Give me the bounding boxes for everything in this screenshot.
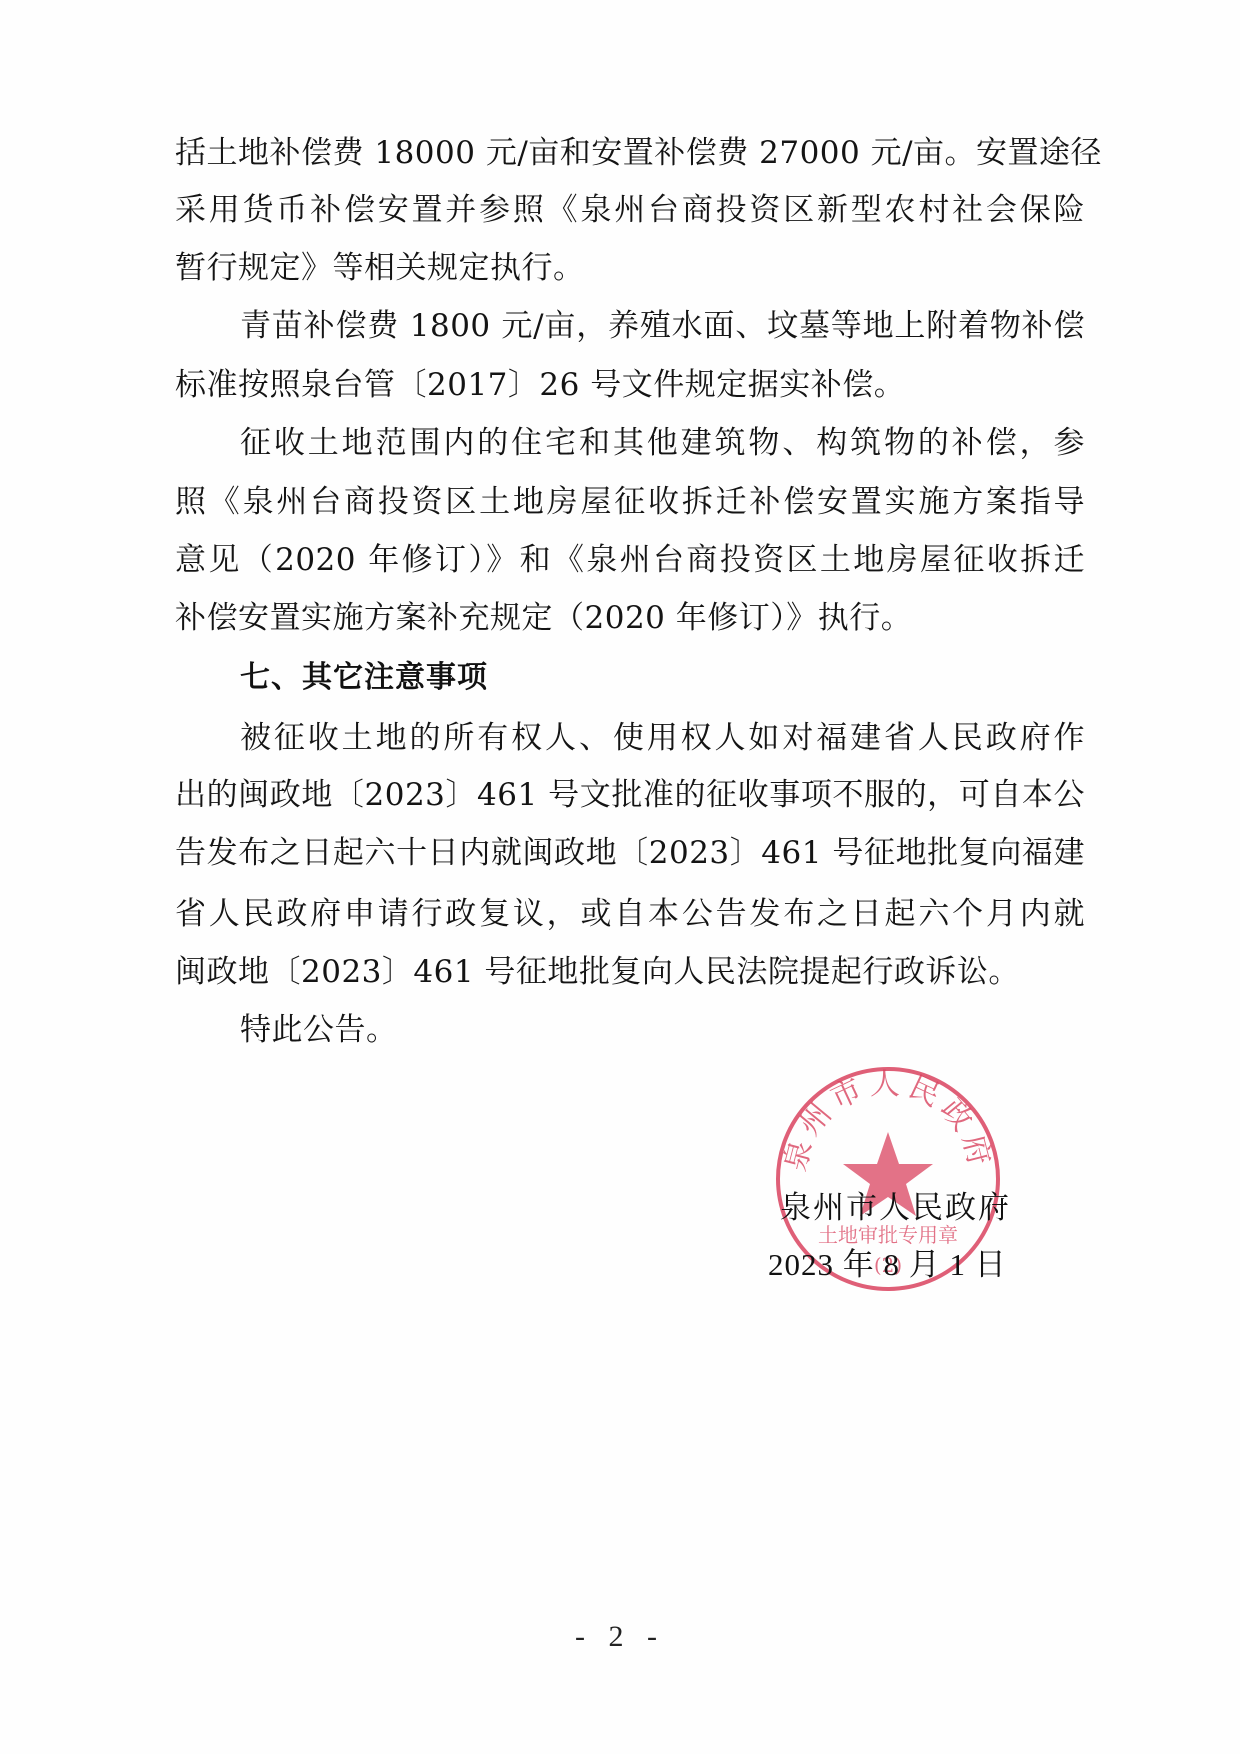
page-number: - 2 -: [0, 1620, 1240, 1654]
issue-date: 2023 年 8 月 1 日: [768, 1245, 1007, 1285]
document-page: 括土地补偿费 18000 元/亩和安置补偿费 27000 元/亩。安置途径 采用…: [0, 0, 1240, 1754]
section-paragraph-line-4: 省人民政府申请行政复议，或自本公告发布之日起六个月内就: [175, 894, 1085, 934]
paragraph-3-line-4: 补偿安置实施方案补充规定（2020 年修订）》执行。: [175, 598, 1085, 638]
section-heading: 七、其它注意事项: [240, 658, 488, 698]
paragraph-3-line-2: 照《泉州台商投资区土地房屋征收拆迁补偿安置实施方案指导: [175, 482, 1085, 522]
section-paragraph-line-2: 出的闽政地〔2023〕461 号文批准的征收事项不服的，可自本公: [175, 775, 1085, 815]
closing-text: 特此公告。: [240, 1010, 1085, 1050]
issuer-name: 泉州市人民政府: [780, 1188, 1011, 1228]
section-paragraph-line-1: 被征收土地的所有权人、使用权人如对福建省人民政府作: [240, 718, 1085, 758]
paragraph-3-line-1: 征收土地范围内的住宅和其他建筑物、构筑物的补偿，参: [240, 423, 1085, 463]
paragraph-2-line-1: 青苗补偿费 1800 元/亩，养殖水面、坟墓等地上附着物补偿: [240, 306, 1085, 346]
paragraph-3-line-3: 意见（2020 年修订）》和《泉州台商投资区土地房屋征收拆迁: [175, 540, 1085, 580]
paragraph-1-line-3: 暂行规定》等相关规定执行。: [175, 248, 1085, 288]
paragraph-1-line-2: 采用货币补偿安置并参照《泉州台商投资区新型农村社会保险: [175, 190, 1085, 230]
paragraph-2-line-2: 标准按照泉台管〔2017〕26 号文件规定据实补偿。: [175, 365, 1085, 405]
paragraph-1-line-1: 括土地补偿费 18000 元/亩和安置补偿费 27000 元/亩。安置途径: [175, 133, 1085, 173]
section-paragraph-line-5: 闽政地〔2023〕461 号征地批复向人民法院提起行政诉讼。: [175, 952, 1085, 992]
section-paragraph-line-3: 告发布之日起六十日内就闽政地〔2023〕461 号征地批复向福建: [175, 833, 1085, 873]
